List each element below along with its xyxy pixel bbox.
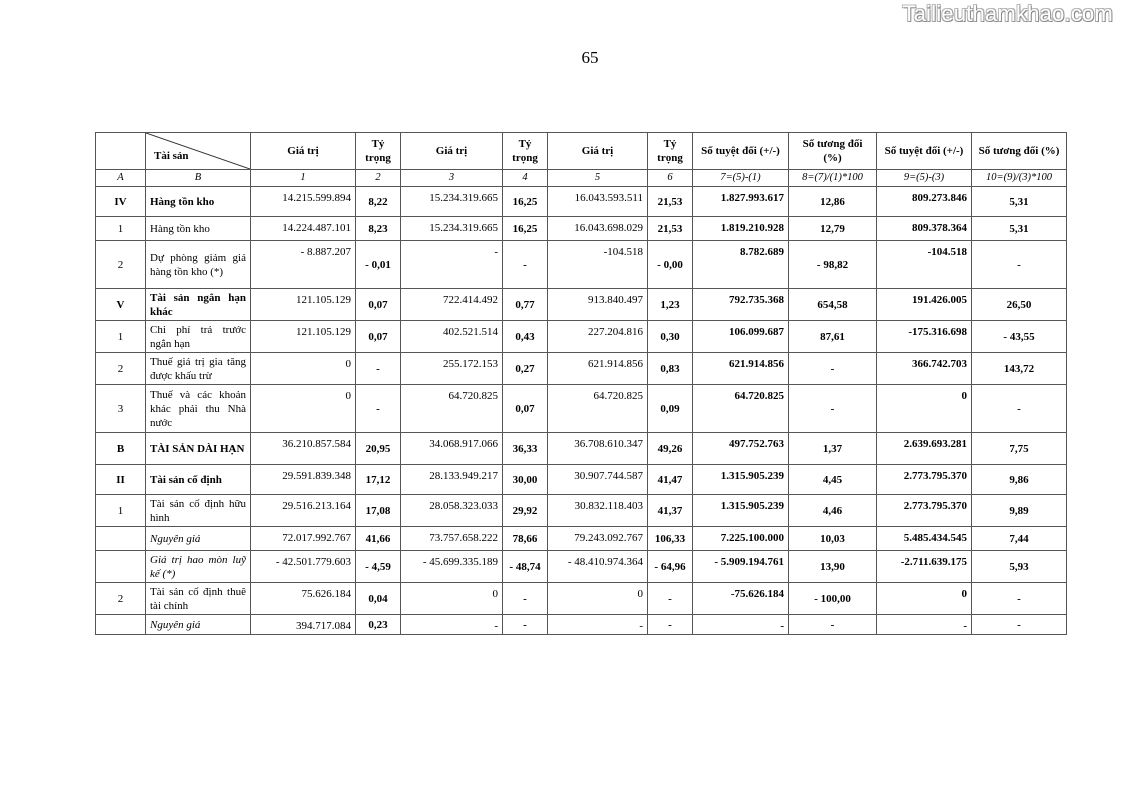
row-asset-name: Thuế và các khoản khác phải thu Nhà nước — [146, 385, 251, 433]
value-year-2: 64.720.825 — [401, 385, 503, 433]
value-year-1: - 42.501.779.603 — [251, 551, 356, 583]
share-year-1: - — [356, 385, 401, 433]
value-year-3: 30.907.744.587 — [548, 465, 648, 495]
value-year-2: - — [401, 241, 503, 289]
rel-change-1: - 98,82 — [789, 241, 877, 289]
share-year-3: 21,53 — [648, 187, 693, 217]
rel-change-2: 9,89 — [972, 495, 1067, 527]
share-year-1: 0,07 — [356, 321, 401, 353]
header-col-7: Số tuyệt đối (+/-) — [693, 133, 789, 170]
value-year-1: 29.591.839.348 — [251, 465, 356, 495]
header-col-8: Số tương đối (%) — [789, 133, 877, 170]
share-year-3: 0,83 — [648, 353, 693, 385]
row-code: B — [96, 433, 146, 465]
value-year-1: 36.210.857.584 — [251, 433, 356, 465]
abs-change-1: 1.315.905.239 — [693, 495, 789, 527]
index-cell: 2 — [356, 170, 401, 187]
value-year-3: - — [548, 615, 648, 635]
header-col-2: Tỷ trọng — [356, 133, 401, 170]
value-year-2: 402.521.514 — [401, 321, 503, 353]
share-year-3: 41,47 — [648, 465, 693, 495]
rel-change-1: - — [789, 353, 877, 385]
rel-change-1: 10,03 — [789, 527, 877, 551]
table-row: 1Hàng tồn kho14.224.487.1018,2315.234.31… — [96, 217, 1067, 241]
value-year-2: 28.058.323.033 — [401, 495, 503, 527]
value-year-1: 14.215.599.894 — [251, 187, 356, 217]
row-code: V — [96, 289, 146, 321]
header-col-1: Giá trị — [251, 133, 356, 170]
value-year-1: 29.516.213.164 — [251, 495, 356, 527]
rel-change-2: - 43,55 — [972, 321, 1067, 353]
share-year-2: 0,07 — [503, 385, 548, 433]
abs-change-1: 1.315.905.239 — [693, 465, 789, 495]
abs-change-2: -104.518 — [877, 241, 972, 289]
share-year-3: 21,53 — [648, 217, 693, 241]
share-year-3: 106,33 — [648, 527, 693, 551]
header-asset-label: Tài sản — [154, 149, 189, 163]
rel-change-1: - — [789, 615, 877, 635]
table-row: Nguyên giá394.717.0840,23-------- — [96, 615, 1067, 635]
row-asset-name: Tài sản ngắn hạn khác — [146, 289, 251, 321]
row-asset-name: Dự phòng giảm giá hàng tồn kho (*) — [146, 241, 251, 289]
index-cell: 9=(5)-(3) — [877, 170, 972, 187]
rel-change-2: 7,44 — [972, 527, 1067, 551]
abs-change-2: 2.639.693.281 — [877, 433, 972, 465]
rel-change-2: 5,31 — [972, 187, 1067, 217]
row-code: 1 — [96, 321, 146, 353]
value-year-3: 227.204.816 — [548, 321, 648, 353]
share-year-1: 17,12 — [356, 465, 401, 495]
table-row: 3Thuế và các khoản khác phải thu Nhà nướ… — [96, 385, 1067, 433]
rel-change-2: 143,72 — [972, 353, 1067, 385]
value-year-3: 30.832.118.403 — [548, 495, 648, 527]
row-asset-name: Tài sản cố định thuê tài chính — [146, 583, 251, 615]
value-year-2: 28.133.949.217 — [401, 465, 503, 495]
value-year-2: 73.757.658.222 — [401, 527, 503, 551]
header-col-10: Số tương đối (%) — [972, 133, 1067, 170]
asset-comparison-table: Tài sản Giá trị Tỷ trọng Giá trị Tỷ trọn… — [95, 132, 1067, 635]
index-cell: 5 — [548, 170, 648, 187]
table-row: BTÀI SẢN DÀI HẠN36.210.857.58420,9534.06… — [96, 433, 1067, 465]
share-year-1: 17,08 — [356, 495, 401, 527]
share-year-3: 41,37 — [648, 495, 693, 527]
share-year-1: 8,22 — [356, 187, 401, 217]
value-year-1: 75.626.184 — [251, 583, 356, 615]
row-code: II — [96, 465, 146, 495]
row-code — [96, 527, 146, 551]
value-year-3: 64.720.825 — [548, 385, 648, 433]
share-year-2: 36,33 — [503, 433, 548, 465]
share-year-2: 0,77 — [503, 289, 548, 321]
value-year-1: 0 — [251, 353, 356, 385]
rel-change-2: 5,31 — [972, 217, 1067, 241]
share-year-3: 0,09 — [648, 385, 693, 433]
table-row: IVHàng tồn kho14.215.599.8948,2215.234.3… — [96, 187, 1067, 217]
page-number: 65 — [0, 48, 1123, 68]
abs-change-1: - 5.909.194.761 — [693, 551, 789, 583]
header-col-9: Số tuyệt đối (+/-) — [877, 133, 972, 170]
share-year-2: - — [503, 583, 548, 615]
rel-change-2: 26,50 — [972, 289, 1067, 321]
row-code: 1 — [96, 495, 146, 527]
value-year-1: 72.017.992.767 — [251, 527, 356, 551]
abs-change-2: 809.273.846 — [877, 187, 972, 217]
index-cell: 8=(7)/(1)*100 — [789, 170, 877, 187]
abs-change-1: -75.626.184 — [693, 583, 789, 615]
share-year-1: 20,95 — [356, 433, 401, 465]
value-year-3: 621.914.856 — [548, 353, 648, 385]
rel-change-2: 7,75 — [972, 433, 1067, 465]
index-cell: 6 — [648, 170, 693, 187]
value-year-3: 0 — [548, 583, 648, 615]
row-code: 1 — [96, 217, 146, 241]
share-year-2: 16,25 — [503, 217, 548, 241]
value-year-3: 16.043.698.029 — [548, 217, 648, 241]
abs-change-2: 809.378.364 — [877, 217, 972, 241]
value-year-3: -104.518 — [548, 241, 648, 289]
row-asset-name: Tài sản cố định — [146, 465, 251, 495]
rel-change-2: - — [972, 583, 1067, 615]
index-cell: B — [146, 170, 251, 187]
row-code — [96, 615, 146, 635]
row-asset-name: Chi phí trả trước ngắn hạn — [146, 321, 251, 353]
share-year-2: 29,92 — [503, 495, 548, 527]
header-col-5: Giá trị — [548, 133, 648, 170]
table-row: 2Tài sản cố định thuê tài chính75.626.18… — [96, 583, 1067, 615]
value-year-2: 255.172.153 — [401, 353, 503, 385]
rel-change-1: 13,90 — [789, 551, 877, 583]
row-asset-name: Nguyên giá — [146, 615, 251, 635]
share-year-3: 49,26 — [648, 433, 693, 465]
value-year-1: 121.105.129 — [251, 289, 356, 321]
share-year-1: - 0,01 — [356, 241, 401, 289]
rel-change-2: 9,86 — [972, 465, 1067, 495]
abs-change-1: 106.099.687 — [693, 321, 789, 353]
abs-change-2: 0 — [877, 583, 972, 615]
share-year-3: 0,30 — [648, 321, 693, 353]
share-year-1: 8,23 — [356, 217, 401, 241]
rel-change-1: 87,61 — [789, 321, 877, 353]
row-code: 2 — [96, 583, 146, 615]
share-year-1: 0,04 — [356, 583, 401, 615]
abs-change-2: - — [877, 615, 972, 635]
share-year-3: - — [648, 615, 693, 635]
rel-change-1: - — [789, 385, 877, 433]
table-row: 2Thuế giá trị gia tăng được khấu trừ0-25… — [96, 353, 1067, 385]
row-asset-name: Nguyên giá — [146, 527, 251, 551]
share-year-2: 30,00 — [503, 465, 548, 495]
rel-change-2: - — [972, 615, 1067, 635]
abs-change-1: 792.735.368 — [693, 289, 789, 321]
share-year-2: - — [503, 241, 548, 289]
value-year-3: 36.708.610.347 — [548, 433, 648, 465]
abs-change-2: 366.742.703 — [877, 353, 972, 385]
row-code: 3 — [96, 385, 146, 433]
rel-change-2: - — [972, 385, 1067, 433]
abs-change-2: 5.485.434.545 — [877, 527, 972, 551]
value-year-2: 34.068.917.066 — [401, 433, 503, 465]
share-year-3: - 0,00 — [648, 241, 693, 289]
row-code — [96, 551, 146, 583]
share-year-2: 16,25 — [503, 187, 548, 217]
header-col-6: Tỷ trọng — [648, 133, 693, 170]
value-year-1: - 8.887.207 — [251, 241, 356, 289]
share-year-2: - 48,74 — [503, 551, 548, 583]
row-asset-name: Hàng tồn kho — [146, 217, 251, 241]
share-year-2: 78,66 — [503, 527, 548, 551]
abs-change-1: 7.225.100.000 — [693, 527, 789, 551]
rel-change-1: 654,58 — [789, 289, 877, 321]
table-row: 1Tài sản cố định hữu hình29.516.213.1641… — [96, 495, 1067, 527]
table-row: Giá trị hao mòn luỹ kế (*)- 42.501.779.6… — [96, 551, 1067, 583]
abs-change-1: 1.827.993.617 — [693, 187, 789, 217]
header-col-3: Giá trị — [401, 133, 503, 170]
value-year-2: 15.234.319.665 — [401, 217, 503, 241]
watermark: Tailieuthamkhao.com — [903, 1, 1113, 27]
rel-change-1: 1,37 — [789, 433, 877, 465]
share-year-2: - — [503, 615, 548, 635]
share-year-1: 0,23 — [356, 615, 401, 635]
rel-change-2: - — [972, 241, 1067, 289]
index-cell: 3 — [401, 170, 503, 187]
value-year-2: 0 — [401, 583, 503, 615]
rel-change-1: 12,86 — [789, 187, 877, 217]
rel-change-1: - 100,00 — [789, 583, 877, 615]
value-year-1: 0 — [251, 385, 356, 433]
rel-change-1: 12,79 — [789, 217, 877, 241]
row-asset-name: TÀI SẢN DÀI HẠN — [146, 433, 251, 465]
value-year-3: 913.840.497 — [548, 289, 648, 321]
value-year-3: 16.043.593.511 — [548, 187, 648, 217]
value-year-2: - 45.699.335.189 — [401, 551, 503, 583]
share-year-3: 1,23 — [648, 289, 693, 321]
header-col-4: Tỷ trọng — [503, 133, 548, 170]
index-row: A B 1 2 3 4 5 6 7=(5)-(1) 8=(7)/(1)*100 … — [96, 170, 1067, 187]
row-code: IV — [96, 187, 146, 217]
abs-change-2: -175.316.698 — [877, 321, 972, 353]
rel-change-1: 4,46 — [789, 495, 877, 527]
value-year-2: - — [401, 615, 503, 635]
row-asset-name: Tài sản cố định hữu hình — [146, 495, 251, 527]
index-cell: 1 — [251, 170, 356, 187]
rel-change-1: 4,45 — [789, 465, 877, 495]
abs-change-2: 2.773.795.370 — [877, 465, 972, 495]
table-row: IITài sản cố định29.591.839.34817,1228.1… — [96, 465, 1067, 495]
share-year-1: - 4,59 — [356, 551, 401, 583]
share-year-1: - — [356, 353, 401, 385]
index-cell: A — [96, 170, 146, 187]
header-asset-cell: Tài sản — [146, 133, 251, 170]
share-year-3: - 64,96 — [648, 551, 693, 583]
value-year-1: 14.224.487.101 — [251, 217, 356, 241]
share-year-2: 0,43 — [503, 321, 548, 353]
index-cell: 4 — [503, 170, 548, 187]
share-year-1: 41,66 — [356, 527, 401, 551]
value-year-1: 121.105.129 — [251, 321, 356, 353]
abs-change-1: 8.782.689 — [693, 241, 789, 289]
abs-change-1: - — [693, 615, 789, 635]
abs-change-2: 2.773.795.370 — [877, 495, 972, 527]
value-year-1: 394.717.084 — [251, 615, 356, 635]
abs-change-1: 497.752.763 — [693, 433, 789, 465]
row-code: 2 — [96, 353, 146, 385]
abs-change-1: 1.819.210.928 — [693, 217, 789, 241]
header-code-cell — [96, 133, 146, 170]
value-year-3: 79.243.092.767 — [548, 527, 648, 551]
value-year-2: 15.234.319.665 — [401, 187, 503, 217]
value-year-2: 722.414.492 — [401, 289, 503, 321]
row-asset-name: Thuế giá trị gia tăng được khấu trừ — [146, 353, 251, 385]
share-year-1: 0,07 — [356, 289, 401, 321]
table-row: Nguyên giá72.017.992.76741,6673.757.658.… — [96, 527, 1067, 551]
abs-change-1: 64.720.825 — [693, 385, 789, 433]
abs-change-1: 621.914.856 — [693, 353, 789, 385]
row-asset-name: Giá trị hao mòn luỹ kế (*) — [146, 551, 251, 583]
row-asset-name: Hàng tồn kho — [146, 187, 251, 217]
abs-change-2: -2.711.639.175 — [877, 551, 972, 583]
index-cell: 7=(5)-(1) — [693, 170, 789, 187]
table-row: VTài sản ngắn hạn khác121.105.1290,07722… — [96, 289, 1067, 321]
table-row: 2Dự phòng giảm giá hàng tồn kho (*)- 8.8… — [96, 241, 1067, 289]
share-year-3: - — [648, 583, 693, 615]
value-year-3: - 48.410.974.364 — [548, 551, 648, 583]
rel-change-2: 5,93 — [972, 551, 1067, 583]
row-code: 2 — [96, 241, 146, 289]
index-cell: 10=(9)/(3)*100 — [972, 170, 1067, 187]
abs-change-2: 191.426.005 — [877, 289, 972, 321]
table-row: 1Chi phí trả trước ngắn hạn121.105.1290,… — [96, 321, 1067, 353]
abs-change-2: 0 — [877, 385, 972, 433]
header-row: Tài sản Giá trị Tỷ trọng Giá trị Tỷ trọn… — [96, 133, 1067, 170]
share-year-2: 0,27 — [503, 353, 548, 385]
